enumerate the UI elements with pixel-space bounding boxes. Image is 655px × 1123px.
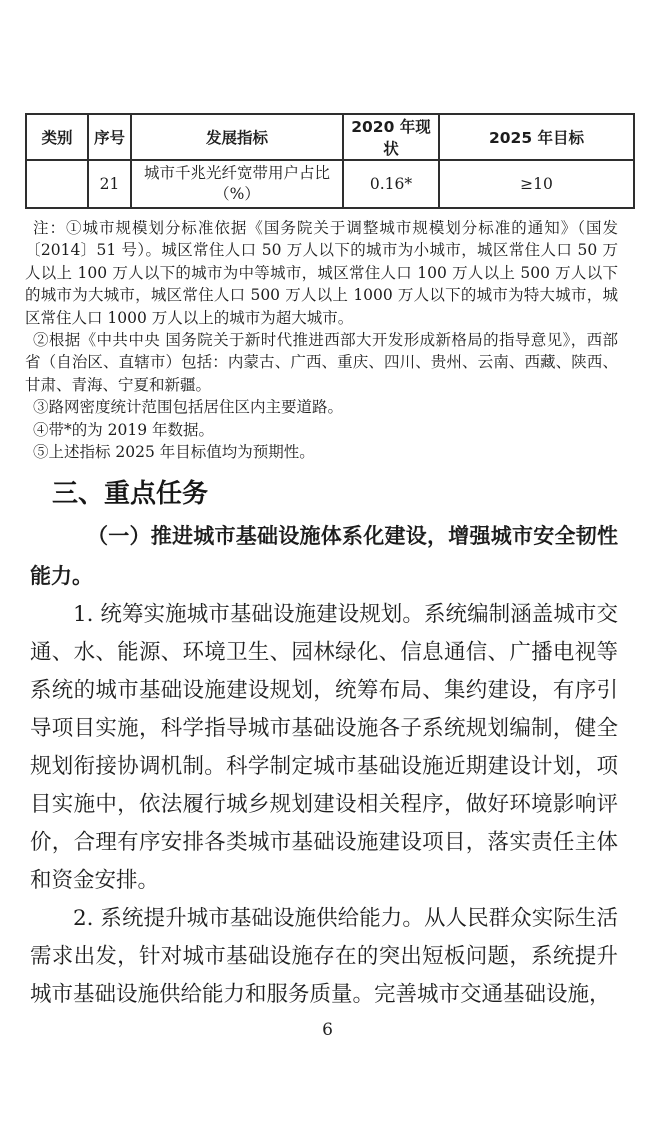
cell-2025-target: ≥10 bbox=[439, 160, 634, 208]
paragraph-1: 1. 统筹实施城市基础设施建设规划。系统编制涵盖城市交通、水、能源、环境卫生、园… bbox=[30, 596, 618, 900]
cell-indicator: 城市千兆光纤宽带用户占比（%） bbox=[131, 160, 343, 208]
col-header-index: 序号 bbox=[88, 114, 131, 160]
paragraph-2: 2. 系统提升城市基础设施供给能力。从人民群众实际生活需求出发，针对城市基础设施… bbox=[30, 900, 618, 1014]
note-3: ③路网密度统计范围包括居住区内主要道路。 bbox=[25, 396, 618, 418]
col-header-indicator: 发展指标 bbox=[131, 114, 343, 160]
section-heading: 三、重点任务 bbox=[25, 477, 618, 512]
page-number: 6 bbox=[0, 1020, 655, 1040]
col-header-2020-status: 2020 年现状 bbox=[343, 114, 439, 160]
col-header-category: 类别 bbox=[26, 114, 88, 160]
indicator-table: 类别 序号 发展指标 2020 年现状 2025 年目标 21 城市千兆光纤宽带… bbox=[25, 113, 635, 209]
col-header-2025-target: 2025 年目标 bbox=[439, 114, 634, 160]
table-row: 21 城市千兆光纤宽带用户占比（%） 0.16* ≥10 bbox=[26, 160, 634, 208]
note-1: 注：①城市规模划分标准依据《国务院关于调整城市规模划分标准的通知》（国发〔201… bbox=[25, 217, 618, 329]
subsection-heading: （一）推进城市基础设施体系化建设，增强城市安全韧性能力。 bbox=[30, 516, 618, 596]
table-notes: 注：①城市规模划分标准依据《国务院关于调整城市规模划分标准的通知》（国发〔201… bbox=[25, 217, 618, 463]
note-5: ⑤上述指标 2025 年目标值均为预期性。 bbox=[25, 441, 618, 463]
note-2: ②根据《中共中央 国务院关于新时代推进西部大开发形成新格局的指导意见》，西部省（… bbox=[25, 329, 618, 396]
cell-index: 21 bbox=[88, 160, 131, 208]
cell-2020-status: 0.16* bbox=[343, 160, 439, 208]
note-4: ④带*的为 2019 年数据。 bbox=[25, 419, 618, 441]
document-page: 类别 序号 发展指标 2020 年现状 2025 年目标 21 城市千兆光纤宽带… bbox=[0, 0, 655, 1123]
cell-category bbox=[26, 160, 88, 208]
table-header-row: 类别 序号 发展指标 2020 年现状 2025 年目标 bbox=[26, 114, 634, 160]
